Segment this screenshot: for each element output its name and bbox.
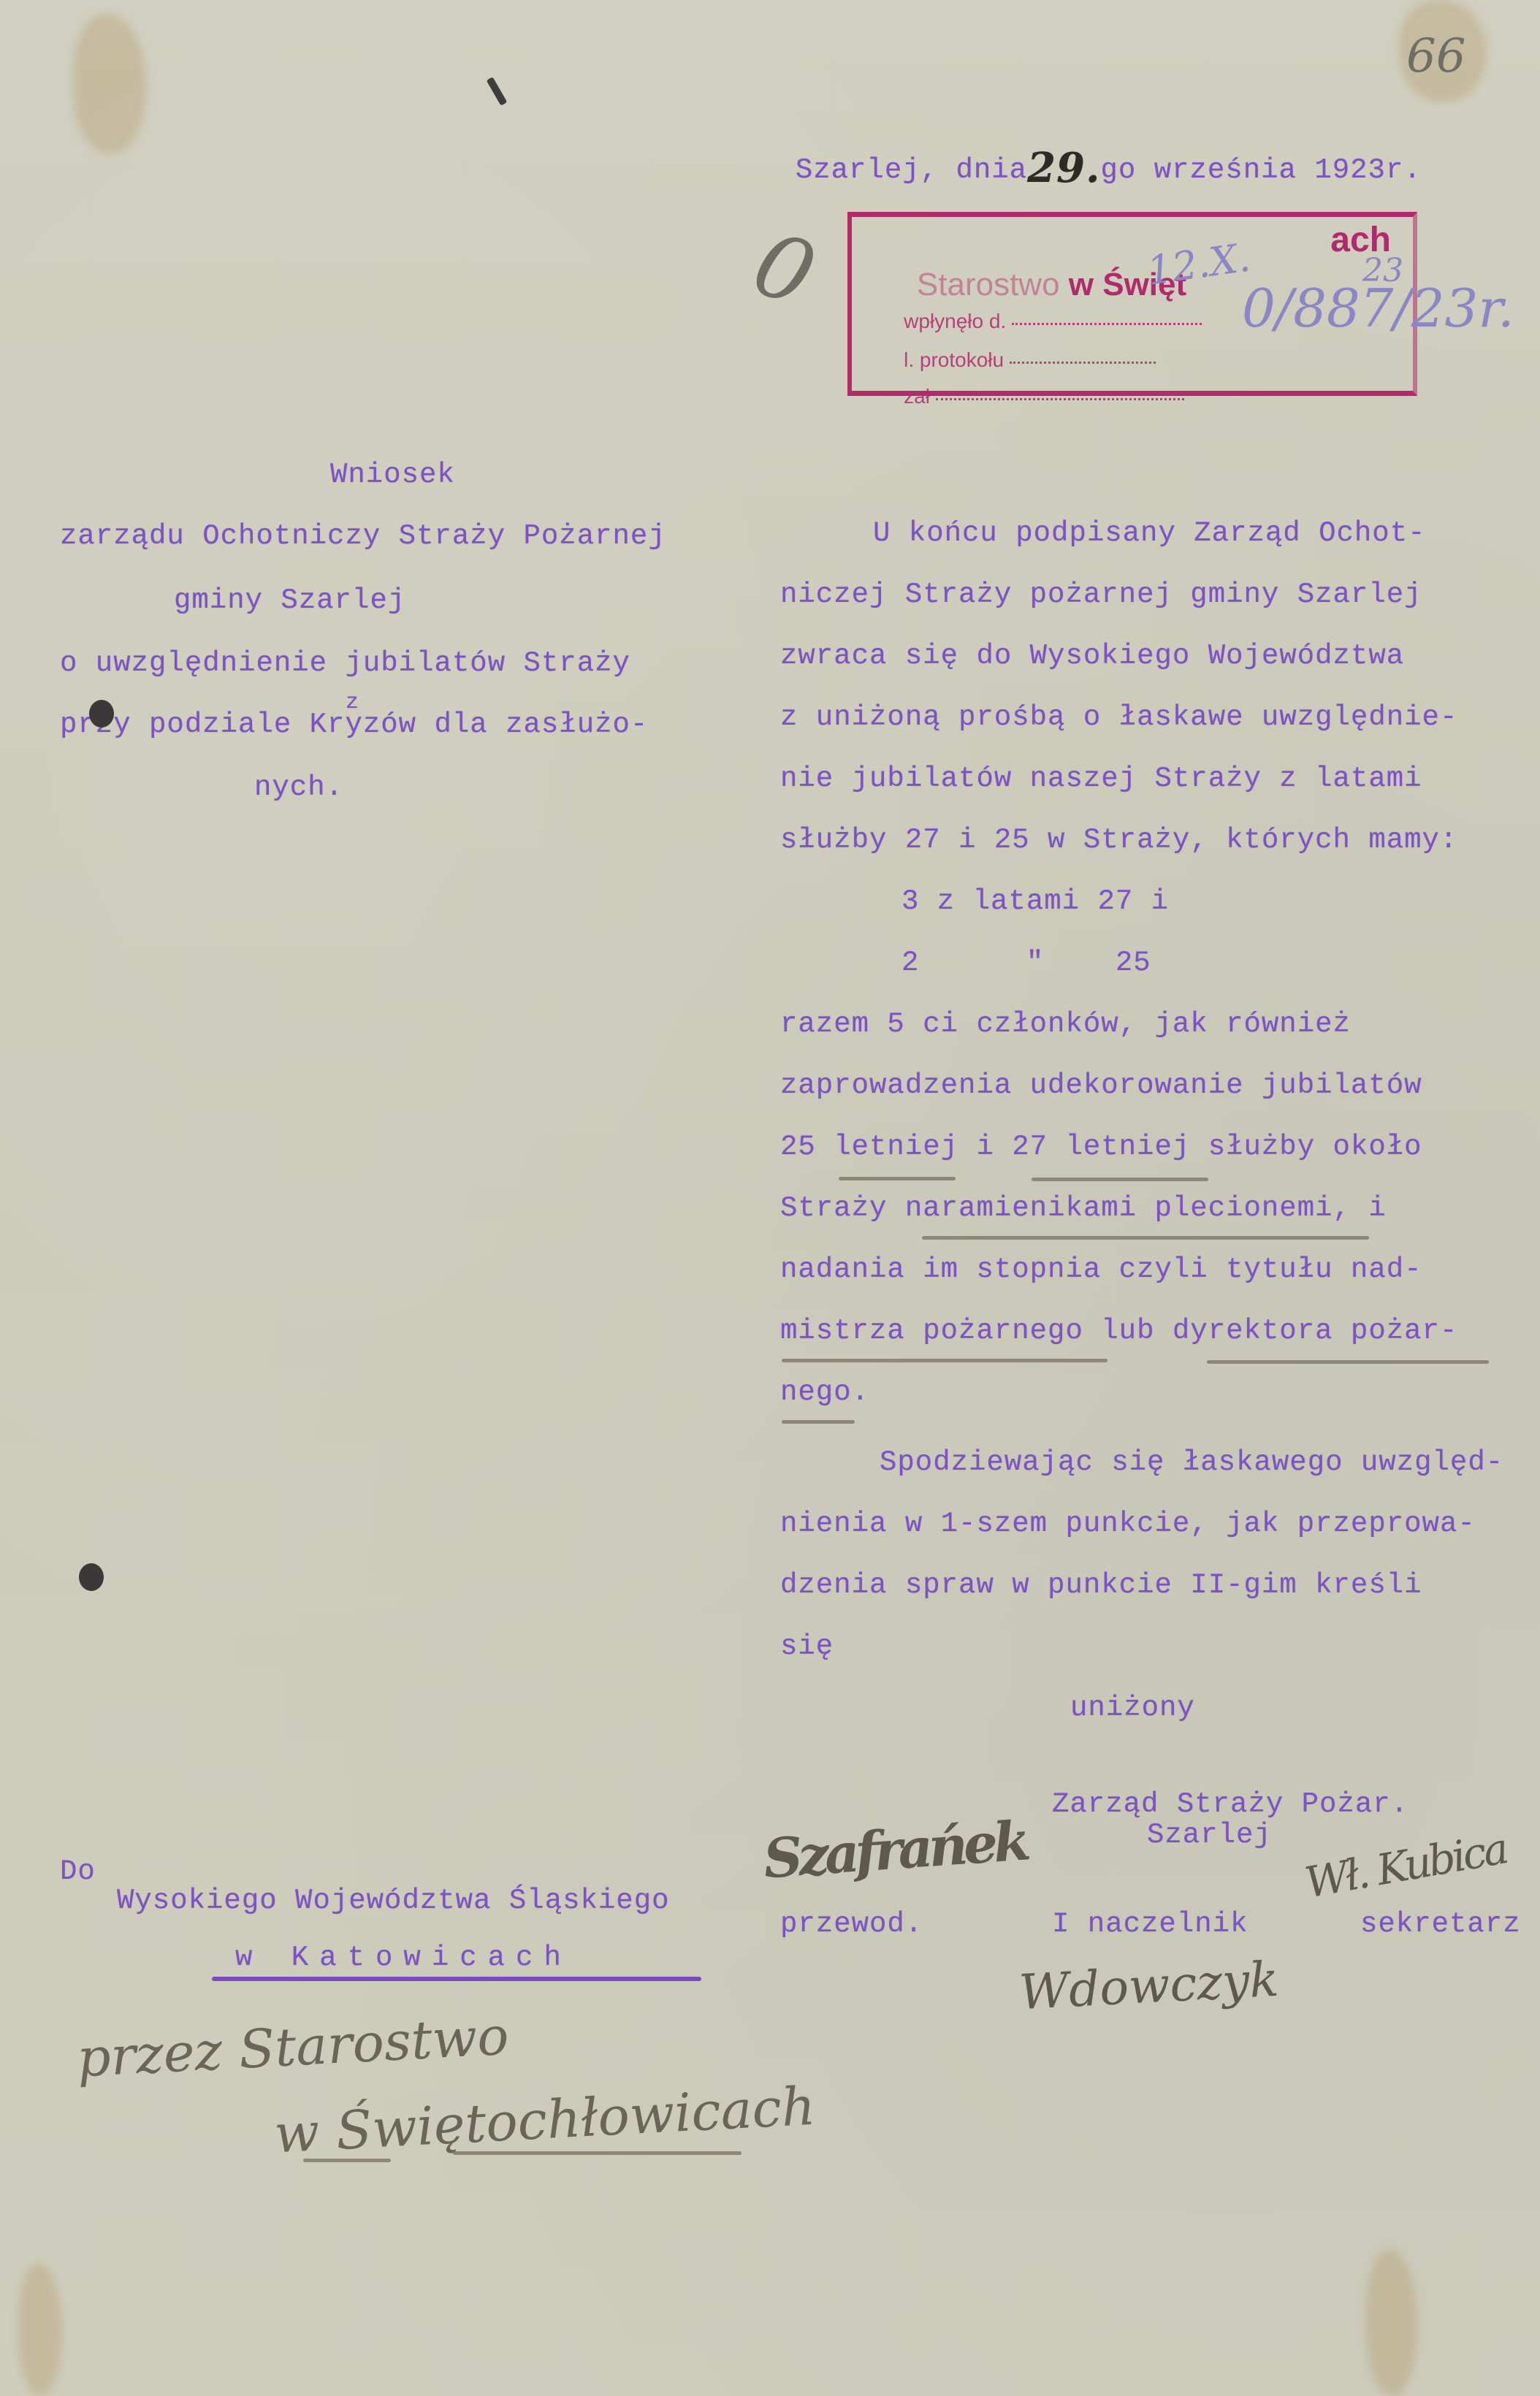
org-line1: Zarząd Straży Pożar. bbox=[1052, 1788, 1409, 1820]
paper-stain bbox=[1366, 2250, 1417, 2396]
subject-line: nych. bbox=[254, 771, 343, 804]
addressee-line1: Wysokiego Województwa Śląskiego bbox=[117, 1885, 670, 1917]
addressee-to: Do bbox=[60, 1855, 96, 1888]
document-page: { "page_number": "66", "header": { "plac… bbox=[0, 0, 1540, 2396]
body-line: nego. bbox=[780, 1376, 869, 1408]
body-line: nadania im stopnia czyli tytułu nad- bbox=[780, 1254, 1422, 1286]
signature-chief: Wdowczyk bbox=[1018, 1951, 1280, 2021]
closing: uniżony bbox=[1070, 1692, 1195, 1724]
subject-line: gminy Szarlej bbox=[174, 584, 405, 617]
body-line: Straży naramienikami plecionemi, i bbox=[780, 1192, 1387, 1224]
role-chairman: przewod. bbox=[780, 1908, 923, 1940]
routing-note-line1: przez Starostwo bbox=[75, 2005, 510, 2089]
stamp-field-attachments: zał bbox=[881, 362, 1184, 432]
role-chief: I naczelnik bbox=[1052, 1908, 1248, 1940]
day-handwritten: 29. bbox=[1027, 144, 1100, 192]
punch-hole bbox=[79, 1563, 104, 1591]
body-line: 25 letniej i 27 letniej służby około bbox=[780, 1131, 1422, 1163]
body-line: nie jubilatów naszej Straży z latami bbox=[780, 763, 1422, 795]
place-date-suffix: go września 1923r. bbox=[1101, 154, 1422, 186]
body-line: się bbox=[780, 1630, 834, 1663]
place-date-prefix: Szarlej, dnia bbox=[796, 154, 1027, 186]
body-line: 3 z latami 27 i bbox=[901, 885, 1169, 917]
body-line: z uniżoną prośbą o łaskawe uwzględnie- bbox=[780, 701, 1457, 733]
body-line: Spodziewając się łaskawego uwzględ- bbox=[880, 1446, 1503, 1479]
body-line: 2 " 25 bbox=[901, 947, 1151, 979]
body-line: niczej Straży pożarnej gminy Szarlej bbox=[780, 579, 1422, 611]
punch-hole bbox=[89, 700, 114, 728]
addressee-underline bbox=[212, 1977, 701, 1981]
body-line: służby 27 i 25 w Straży, których mamy: bbox=[780, 824, 1457, 856]
role-secretary: sekretarz bbox=[1360, 1908, 1521, 1940]
pencil-underline bbox=[782, 1359, 1108, 1362]
subject-line: przy podziale Kryzów dla zasłużo- bbox=[60, 709, 648, 741]
pencil-underline bbox=[922, 1236, 1369, 1240]
org-line2: Szarlej bbox=[1147, 1819, 1272, 1851]
pencil-mark: 0 bbox=[741, 213, 828, 327]
pencil-underline bbox=[839, 1177, 956, 1180]
subject-line: zarządu Ochotniczy Straży Pożarnej bbox=[60, 520, 666, 552]
body-line: dzenia spraw w punkcie II-gim kreśli bbox=[780, 1569, 1422, 1601]
pencil-underline bbox=[1207, 1360, 1489, 1364]
page-number: 66 bbox=[1406, 29, 1465, 83]
paper-stain bbox=[18, 2265, 62, 2396]
place-date: Szarlej, dnia29.go września 1923r. bbox=[760, 115, 1422, 186]
body-line: mistrza pożarnego lub dyrektora pożar- bbox=[780, 1315, 1457, 1347]
signature-secretary: Wł. Kubica bbox=[1301, 1823, 1509, 1907]
body-line: razem 5 ci członków, jak również bbox=[780, 1008, 1351, 1040]
pencil-underline bbox=[1032, 1178, 1208, 1181]
paper-stain bbox=[73, 15, 146, 153]
addressee-line2: w Katowicach bbox=[235, 1942, 572, 1974]
body-line: zaprowadzenia udekorowanie jubilatów bbox=[780, 1069, 1422, 1102]
signature-chairman: Szafrańek bbox=[761, 1810, 1028, 1891]
routing-underline bbox=[453, 2151, 742, 2155]
subject-title: Wniosek bbox=[330, 459, 455, 491]
subject-line: o uwzględnienie jubilatów Straży bbox=[60, 647, 630, 679]
body-line: U końcu podpisany Zarząd Ochot- bbox=[873, 517, 1426, 549]
pencil-underline bbox=[782, 1420, 855, 1424]
stamp-register-number: 0/887/23r. bbox=[1242, 278, 1514, 339]
routing-underline bbox=[303, 2159, 391, 2162]
body-line: zwraca się do Wysokiego Województwa bbox=[780, 640, 1404, 672]
ink-mark bbox=[487, 77, 508, 106]
body-line: nienia w 1-szem punkcie, jak przeprowa- bbox=[780, 1508, 1476, 1540]
